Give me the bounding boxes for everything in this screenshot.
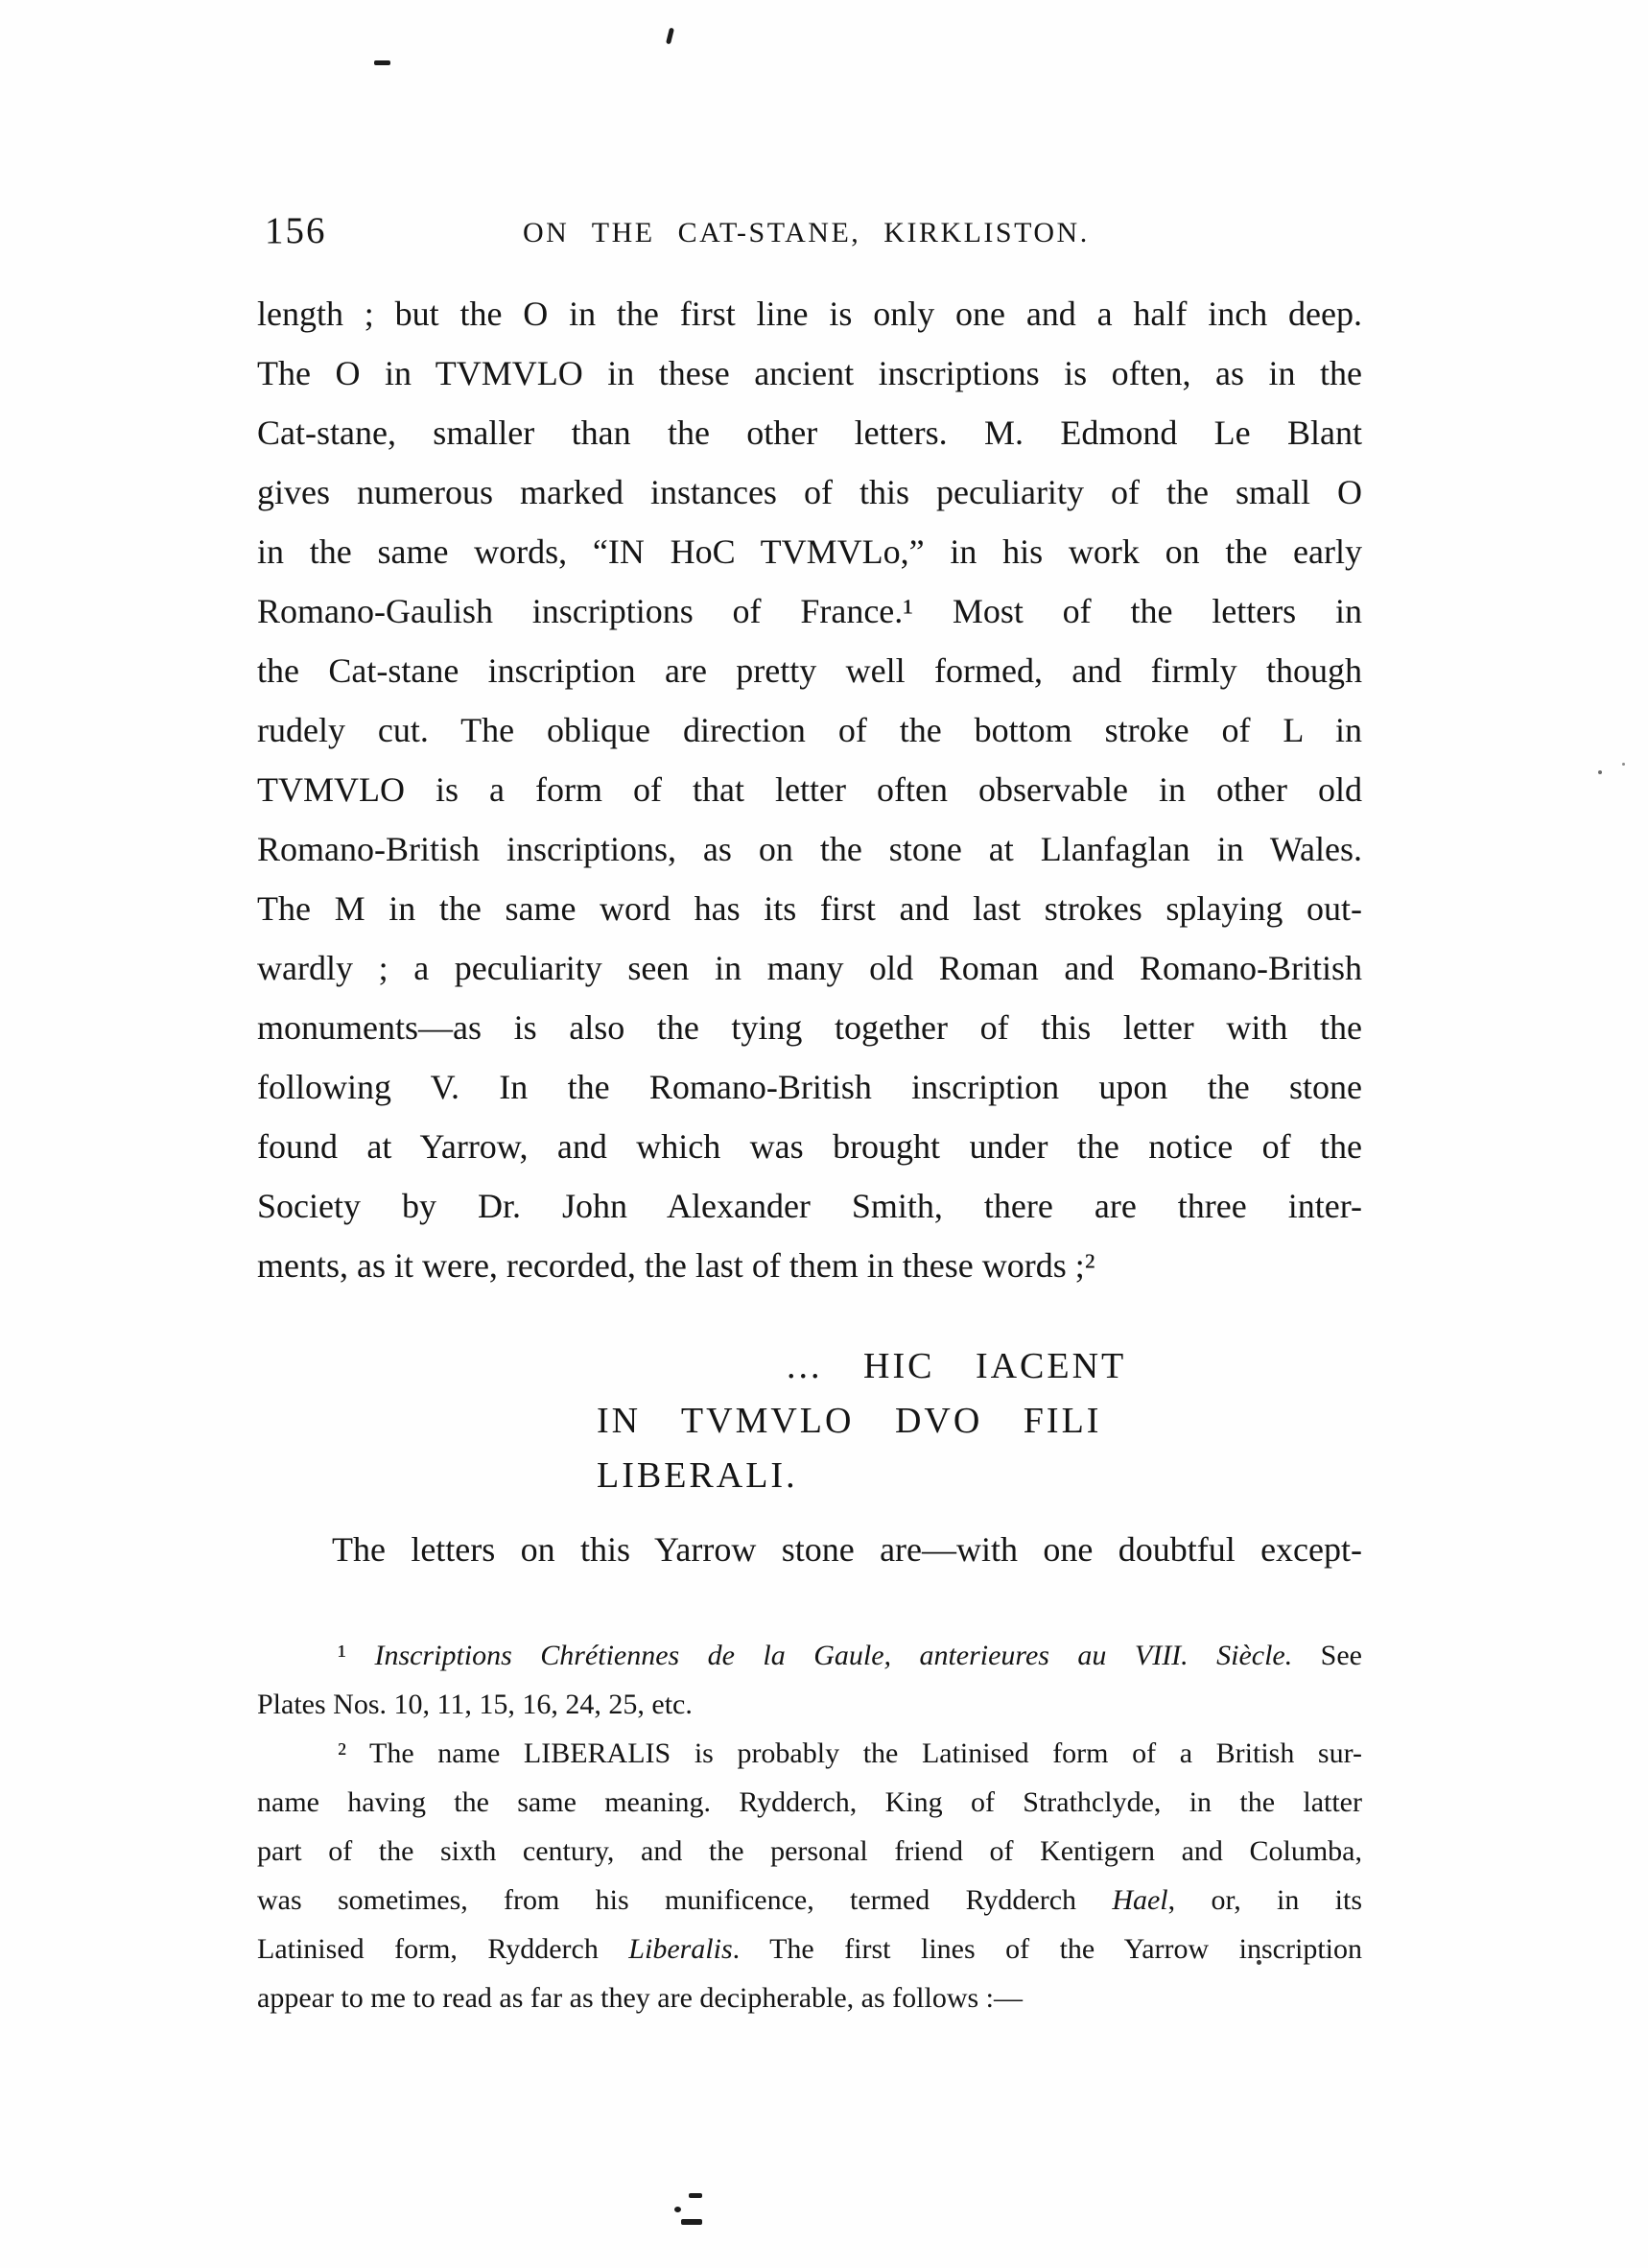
body-text-line: in the same words, “IN HoC TVMVLo,” in h… [257,522,1362,581]
body-text-line: wardly ; a peculiarity seen in many old … [257,938,1362,998]
second-paragraph: The letters on this Yarrow stone are—wit… [257,1520,1362,1579]
body-text-line: ments, as it were, recorded, the last of… [257,1236,1362,1295]
footnote-1: ¹ Inscriptions Chrétiennes de la Gaule, … [257,1631,1362,1729]
body-text-line: TVMVLO is a form of that letter often ob… [257,760,1362,819]
text-segment: ² The name LIBERALIS is probably the Lat… [338,1737,1362,1769]
scanned-book-page: 156 ON THE CAT-STANE, KIRKLISTON. length… [0,0,1648,2268]
text-segment: name having the same meaning. Rydderch, … [257,1786,1362,1818]
footnote-line: was sometimes, from his munificence, ter… [257,1876,1362,1925]
footnotes-section: ¹ Inscriptions Chrétiennes de la Gaule, … [257,1631,1362,2022]
ink-mark-right-dot-small [1622,763,1625,766]
body-text-line: gives numerous marked instances of this … [257,462,1362,522]
ink-mark-bottom-dash [689,2193,702,2198]
ink-mark-top-dash [374,60,390,65]
footnote-2: ² The name LIBERALIS is probably the Lat… [257,1729,1362,2022]
body-text-line: The O in TVMVLO in these ancient inscrip… [257,343,1362,403]
page-number: 156 [265,209,327,252]
body-text-line: the Cat-stane inscription are pretty wel… [257,641,1362,700]
body-text-line: length ; but the O in the first line is … [257,284,1362,343]
body-text-line: found at Yarrow, and which was brought u… [257,1117,1362,1176]
italic-text: Inscriptions Chrétiennes de la Gaule, an… [374,1640,1292,1671]
text-segment: . The first lines of the Yarrow inscript… [733,1933,1362,1965]
text-segment: , or, in its [1168,1884,1362,1916]
ink-mark-footnote-dot [1257,1960,1261,1965]
ink-mark-bottom-bar [681,2219,702,2225]
ink-mark-right-dot [1598,770,1602,774]
footnote-line: name having the same meaning. Rydderch, … [257,1778,1362,1827]
text-segment: Latinised form, Rydderch [257,1933,628,1965]
text-segment: See [1292,1640,1362,1671]
footnote-line: ¹ Inscriptions Chrétiennes de la Gaule, … [257,1631,1362,1680]
text-segment: ¹ [338,1640,374,1671]
body-text-line: Cat-stane, smaller than the other letter… [257,403,1362,462]
inscription-line: LIBERALI. [597,1449,1126,1503]
footnote-line: appear to me to read as far as they are … [257,1973,1362,2022]
text-segment: part of the sixth century, and the perso… [257,1835,1362,1867]
text-segment: Plates Nos. 10, 11, 15, 16, 24, 25, etc. [257,1689,693,1720]
inscription-block: ... HIC IACENTIN TVMVLO DVO FILILIBERALI… [597,1339,1126,1503]
body-text-line: The M in the same word has its first and… [257,879,1362,938]
body-text-line: monuments—as is also the tying together … [257,998,1362,1057]
italic-text: Hael [1112,1884,1167,1916]
footnote-line: part of the sixth century, and the perso… [257,1827,1362,1876]
footnote-line: Latinised form, Rydderch Liberalis. The … [257,1925,1362,1973]
italic-text: Liberalis [628,1933,732,1965]
text-segment: appear to me to read as far as they are … [257,1982,1023,2014]
main-paragraph: length ; but the O in the first line is … [257,284,1362,1295]
body-text-line: Romano-Gaulish inscriptions of France.¹ … [257,581,1362,641]
body-text-line: rudely cut. The oblique direction of the… [257,700,1362,760]
text-segment: was sometimes, from his munificence, ter… [257,1884,1112,1916]
inscription-line: IN TVMVLO DVO FILI [597,1394,1126,1449]
inscription-line: ... HIC IACENT [787,1339,1126,1394]
ink-mark-bottom-dot [674,2207,681,2212]
body-text-line: following V. In the Romano-British inscr… [257,1057,1362,1117]
footnote-line: ² The name LIBERALIS is probably the Lat… [257,1729,1362,1778]
ink-mark-top-tick [666,28,674,45]
body-text-line: Romano-British inscriptions, as on the s… [257,819,1362,879]
footnote-line: Plates Nos. 10, 11, 15, 16, 24, 25, etc. [257,1680,1362,1729]
body-text-line: Society by Dr. John Alexander Smith, the… [257,1176,1362,1236]
running-header: ON THE CAT-STANE, KIRKLISTON. [523,217,1090,249]
